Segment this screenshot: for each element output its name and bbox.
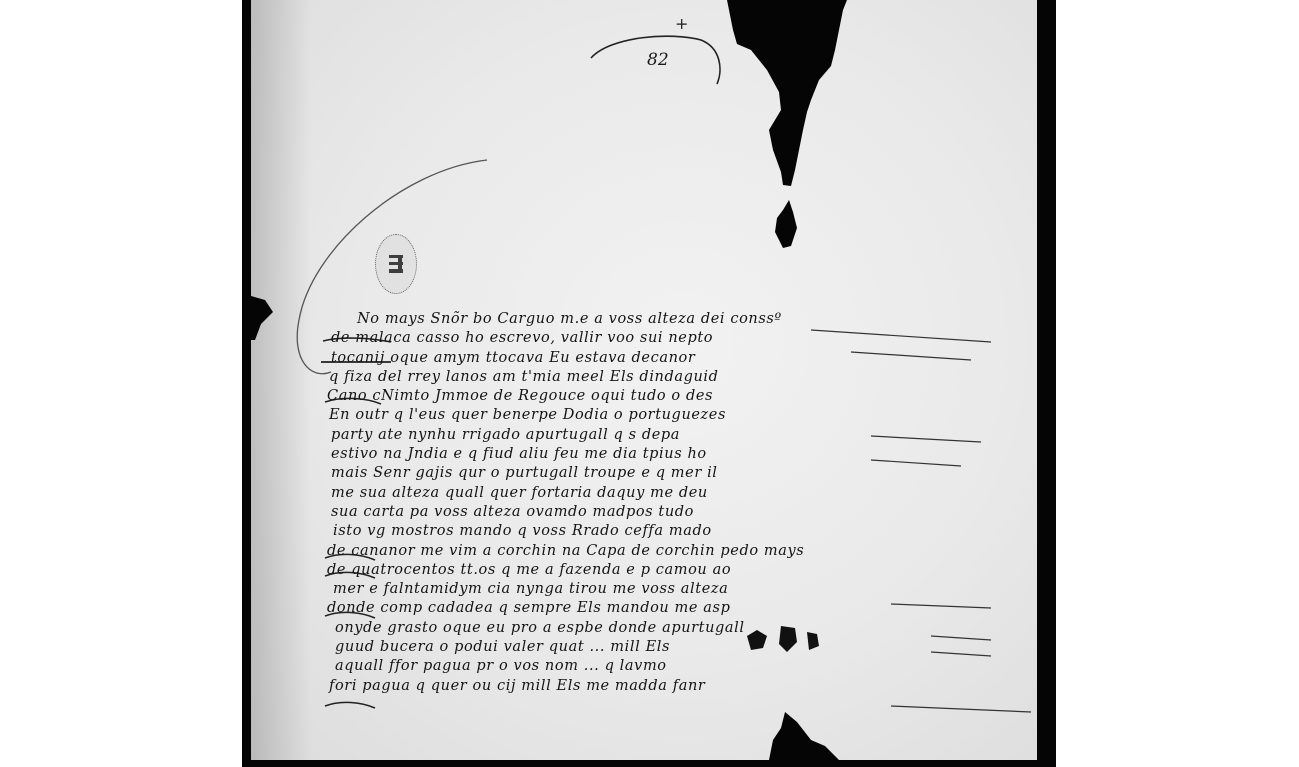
manuscript-line: onyde grasto oque eu pro a espbe donde a… (323, 619, 1023, 638)
manuscript-line: party ate nynhu rrigado apurtugall q s d… (323, 426, 1023, 445)
manuscript-line: q fiza del rrey lanos am t'mia meel Els … (323, 368, 1023, 387)
manuscript-line: de quatrocentos tt.os q me a fazenda e p… (323, 561, 1023, 580)
manuscript-line: mer e falntamidym cia nynga tirou me vos… (323, 580, 1023, 599)
document-viewer: + 82 No mays Snõr bo Carguo m.e a voss a… (0, 0, 1299, 767)
manuscript-line: de cananor me vim a corchin na Capa de c… (323, 542, 1023, 561)
manuscript-line: Cano cNimto Jmmoe de Regouce oqui tudo o… (323, 387, 1023, 406)
folio-mark: + (675, 14, 688, 33)
manuscript-line: donde comp cadadea q sempre Els mandou m… (323, 599, 1023, 618)
manuscript-line: de malaca casso ho escrevo, vallir voo s… (323, 329, 1023, 348)
manuscript-line: isto vg mostros mando q voss Rrado ceffa… (323, 522, 1023, 541)
manuscript-line: aquall ffor pagua pr o vos nom ... q lav… (323, 657, 1023, 676)
archive-number: 82 (647, 50, 669, 70)
manuscript-text: No mays Snõr bo Carguo m.e a voss alteza… (323, 310, 1023, 696)
manuscript-line: mais Senr gajis qur o purtugall troupe e… (323, 464, 1023, 483)
manuscript-page: + 82 No mays Snõr bo Carguo m.e a voss a… (251, 0, 1037, 760)
manuscript-line: No mays Snõr bo Carguo m.e a voss alteza… (323, 310, 1023, 329)
manuscript-line: sua carta pa voss alteza ovamdo madpos t… (323, 503, 1023, 522)
archive-seal-stamp (375, 234, 417, 294)
manuscript-line: fori pagua q quer ou cij mill Els me mad… (323, 677, 1023, 696)
manuscript-line: tocanij oque amym ttocava Eu estava deca… (323, 349, 1023, 368)
seal-emblem-icon (389, 255, 403, 273)
manuscript-line: estivo na Jndia e q fiud aliu feu me dia… (323, 445, 1023, 464)
manuscript-line: guud bucera o podui valer quat ... mill … (323, 638, 1023, 657)
manuscript-line: me sua alteza quall quer fortaria daquy … (323, 484, 1023, 503)
manuscript-line: En outr q l'eus quer benerpe Dodia o por… (323, 406, 1023, 425)
